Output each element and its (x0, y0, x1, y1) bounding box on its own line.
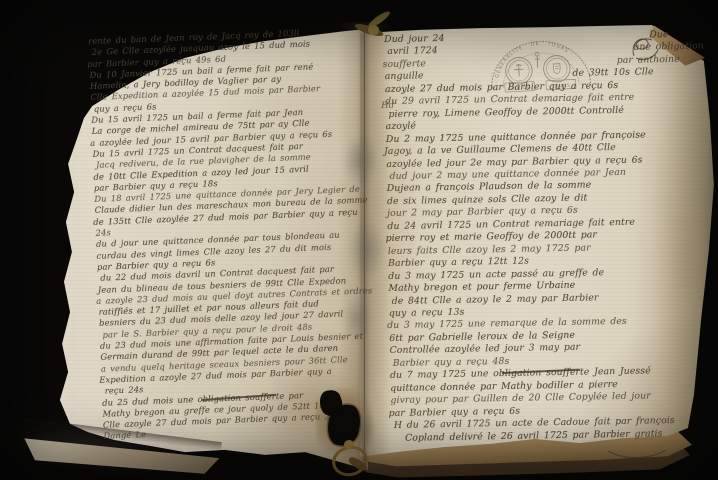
binding-tie-top (346, 12, 396, 50)
ink-swash (606, 448, 670, 462)
ink-flourish (628, 34, 662, 62)
binding-tie-bottom (328, 438, 374, 480)
manuscript-photo: · GENERALITE · DE · TOURS · GEN·DE TOURS… (0, 0, 718, 480)
left-page-text: rente du ban de Jean roy de Jacq roy de … (88, 25, 385, 442)
right-page-text: Dud jour 24 Due avril 1724 une obligatio… (384, 28, 718, 445)
tie-knot (368, 25, 379, 35)
tie-knot (344, 440, 354, 449)
margin-mark: Hd (381, 100, 394, 113)
